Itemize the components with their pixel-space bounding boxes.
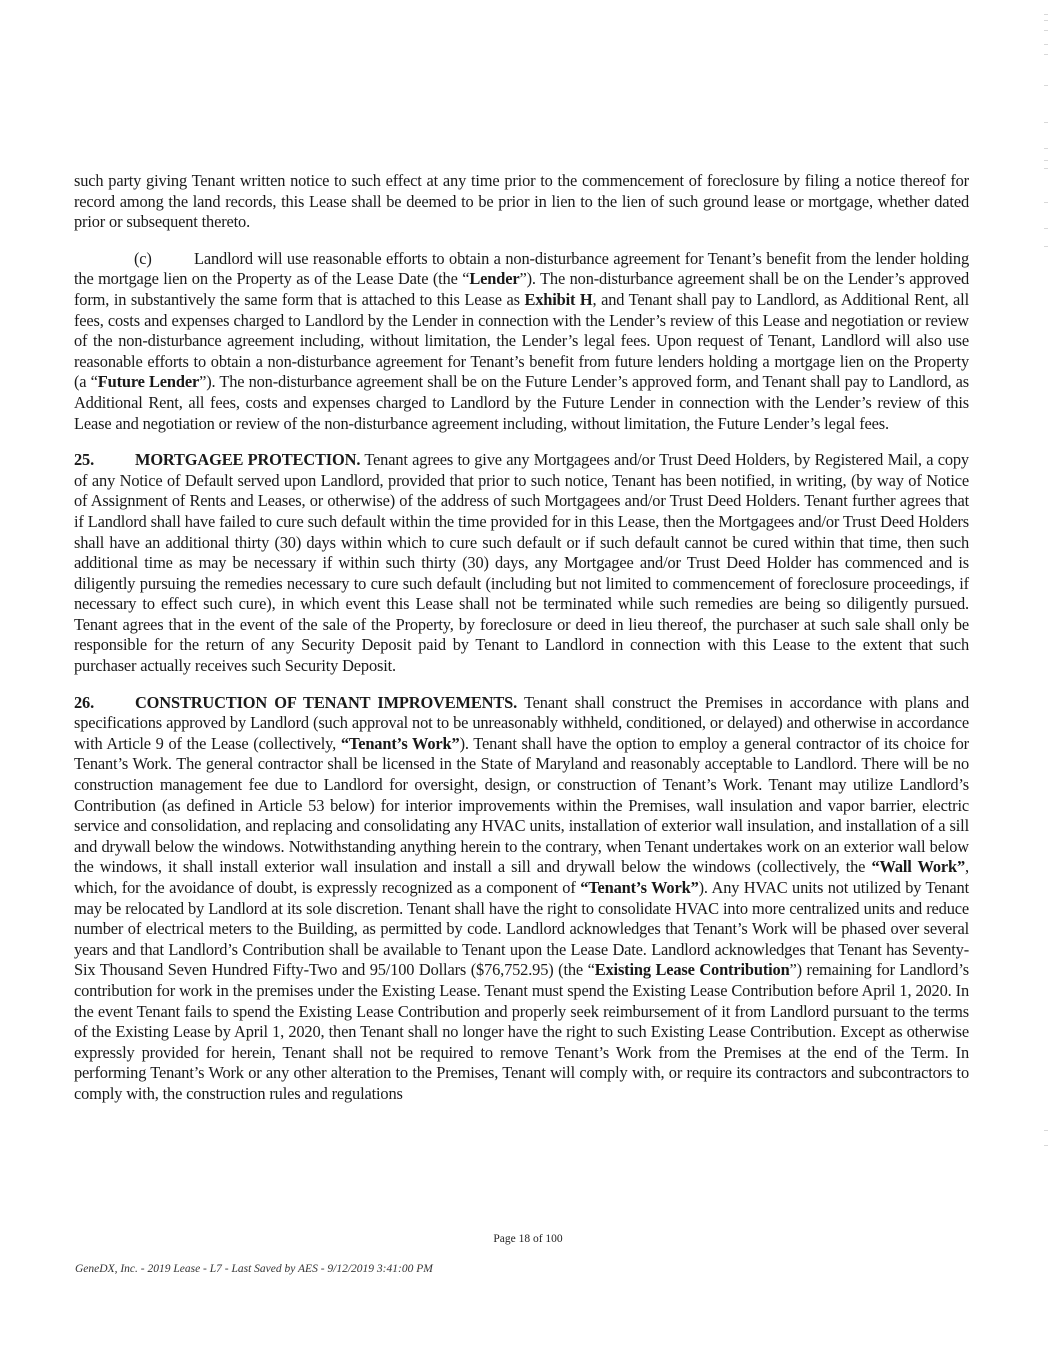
section-body: ). Tenant shall have the option to emplo…: [74, 734, 969, 877]
exhibit-reference: Exhibit H: [524, 290, 592, 309]
defined-term-future-lender: Future Lender: [98, 372, 199, 391]
document-footer-note: GeneDX, Inc. - 2019 Lease - L7 - Last Sa…: [75, 1263, 433, 1275]
subsection-c: (c)Landlord will use reasonable efforts …: [74, 249, 969, 434]
defined-term-wall-work: “Wall Work”: [871, 857, 965, 876]
document-body: such party giving Tenant written notice …: [74, 171, 969, 1121]
page-number: Page 18 of 100: [0, 1233, 1056, 1245]
defined-term-tenants-work: “Tenant’s Work”: [341, 734, 460, 753]
section-title: MORTGAGEE PROTECTION.: [135, 450, 360, 469]
section-number: 25.: [74, 450, 135, 471]
section-26: 26.CONSTRUCTION OF TENANT IMPROVEMENTS. …: [74, 693, 969, 1105]
subsection-label: (c): [134, 249, 194, 270]
section-number: 26.: [74, 693, 135, 714]
defined-term-existing-lease-contribution: Existing Lease Contribution: [595, 960, 790, 979]
defined-term-tenants-work: “Tenant’s Work”: [580, 878, 698, 897]
scan-artifact-marks: [1044, 10, 1048, 1310]
continuation-paragraph: such party giving Tenant written notice …: [74, 171, 969, 233]
subsection-text: ”). The non-disturbance agreement shall …: [74, 372, 969, 432]
defined-term-lender: Lender: [469, 269, 519, 288]
section-25: 25.MORTGAGEE PROTECTION. Tenant agrees t…: [74, 450, 969, 677]
section-body: ”) remaining for Landlord’s contribution…: [74, 960, 969, 1103]
section-title: CONSTRUCTION OF TENANT IMPROVEMENTS.: [135, 693, 517, 712]
section-body: Tenant agrees to give any Mortgagees and…: [74, 450, 969, 675]
